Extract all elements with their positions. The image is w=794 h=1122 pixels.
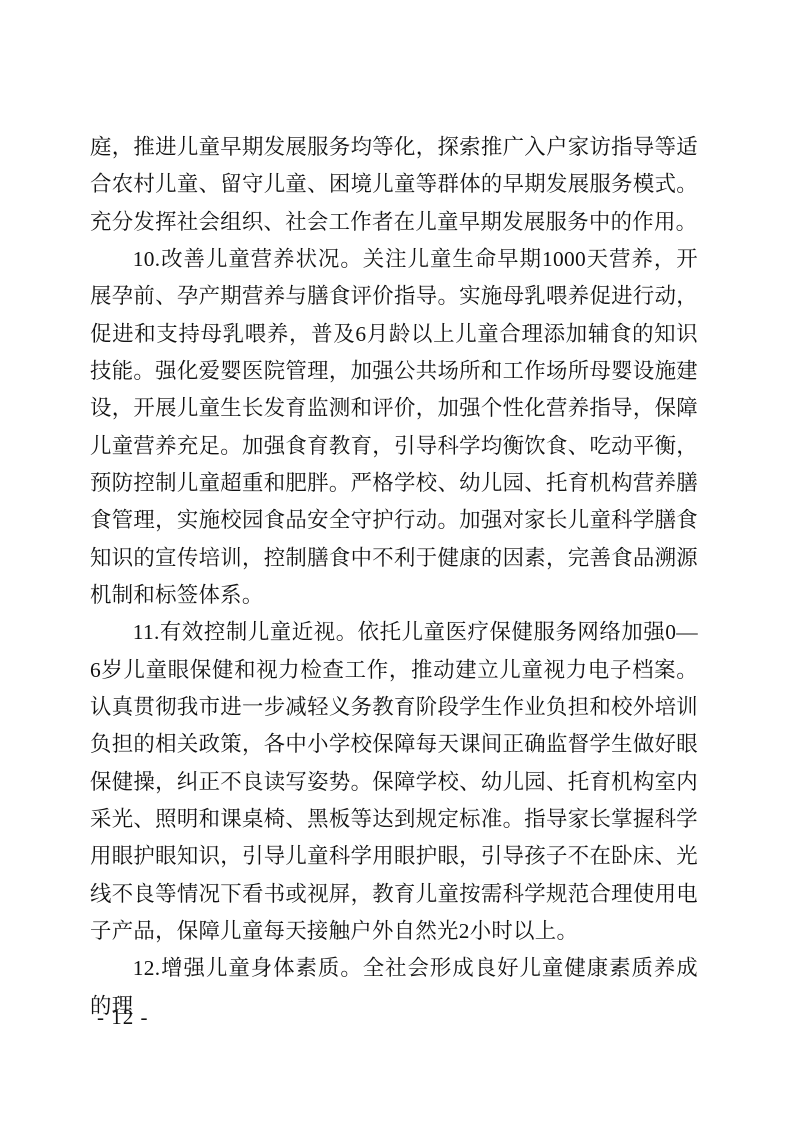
paragraph-item-11: 11.有效控制儿童近视。依托儿童医疗保健服务网络加强0—6岁儿童眼保健和视力检查… xyxy=(90,614,698,950)
paragraph-item-12: 12.增强儿童身体素质。全社会形成良好儿童健康素质养成的理 xyxy=(90,950,698,1025)
paragraph-continuation: 庭，推进儿童早期发展服务均等化，探索推广入户家访指导等适合农村儿童、留守儿童、困… xyxy=(90,129,698,241)
document-body: 庭，推进儿童早期发展服务均等化，探索推广入户家访指导等适合农村儿童、留守儿童、困… xyxy=(90,129,698,1025)
paragraph-item-10: 10.改善儿童营养状况。关注儿童生命早期1000天营养，开展孕前、孕产期营养与膳… xyxy=(90,241,698,614)
document-page: 庭，推进儿童早期发展服务均等化，探索推广入户家访指导等适合农村儿童、留守儿童、困… xyxy=(0,0,794,1122)
page-number: - 12 - xyxy=(97,1003,149,1031)
